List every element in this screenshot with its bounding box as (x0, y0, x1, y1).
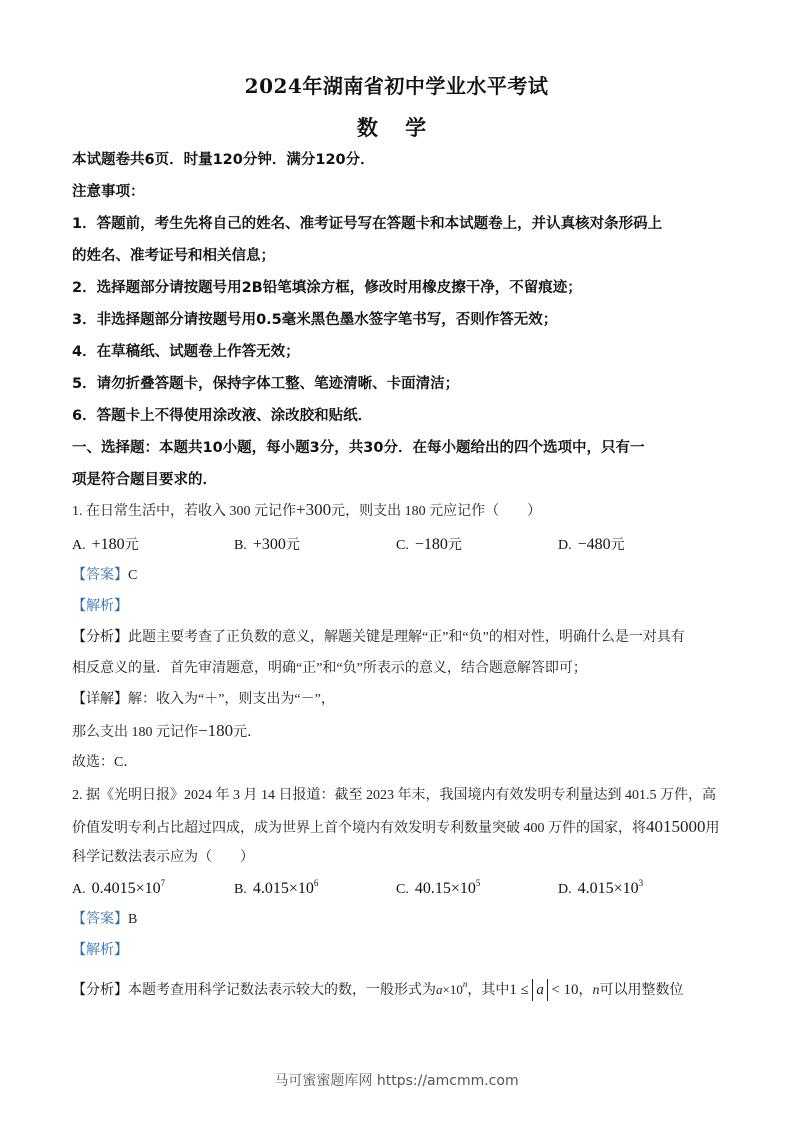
answer-tag: 【答案】 (72, 912, 128, 927)
question-2-stem-end: 科学记数法表示应为（ ） (72, 848, 254, 868)
question-1-detail-cont: 那么支出 180 元记作−180元． (72, 721, 261, 743)
question-2-fenxi: 【分析】本题考查用科学记数法表示较大的数，一般形式为a×10n，其中1 ≤ a … (72, 974, 684, 1001)
notice-item-4: 4．在草稿纸、试题卷上作答无效； (72, 342, 300, 362)
answer-value: C (128, 568, 137, 583)
question-2-analysis-tag: 【解析】 (72, 941, 128, 961)
notice-heading: 注意事项： (72, 182, 145, 202)
question-2-answer: 【答案】B (72, 910, 137, 930)
question-1-option-d: D.−480元 (558, 534, 625, 554)
exam-intro: 本试题卷共6页．时量120分钟．满分120分． (72, 150, 375, 170)
question-1-fenxi-cont: 相反意义的量．首先审清题意，明确“正”和“负”所表示的意义，结合题意解答即可； (72, 659, 587, 679)
answer-value: B (128, 912, 137, 927)
question-1-analysis-tag: 【解析】 (72, 597, 128, 617)
footer-watermark: 马可蜜蜜题库网 https://amcmm.com (0, 1070, 793, 1090)
question-2-option-a: A.0.4015×107 (72, 878, 165, 898)
question-2-stem: 2. 据《光明日报》2024 年 3 月 14 日报道：截至 2023 年末，我… (72, 786, 716, 806)
question-1-option-b: B.+300元 (234, 534, 300, 554)
answer-tag: 【答案】 (72, 568, 128, 583)
section-heading: 一、选择题：本题共10小题，每小题3分，共30分．在每小题给出的四个选项中，只有… (72, 438, 644, 458)
notice-item-3: 3．非选择题部分请按题号用0.5毫米黑色墨水签字笔书写，否则作答无效； (72, 310, 557, 330)
question-2-option-d: D.4.015×103 (558, 878, 643, 898)
question-2-stem-cont: 价值发明专利占比超过四成，成为世界上首个境内有效发明专利数量突破 400 万件的… (72, 817, 720, 839)
notice-item-6: 6．答题卡上不得使用涂改液、涂改胶和贴纸． (72, 406, 372, 426)
question-1-stem: 1. 在日常生活中，若收入 300 元记作+300元，则支出 180 元应记作（… (72, 500, 541, 522)
notice-item-1-cont: 的姓名、准考证号和相关信息； (72, 246, 275, 266)
question-1-fenxi: 【分析】此题主要考查了正负数的意义，解题关键是理解“正”和“负”的相对性，明确什… (72, 628, 685, 648)
question-2-option-c: C.40.15×105 (396, 878, 480, 898)
question-1-detail: 【详解】解：收入为“＋”，则支出为“－”， (72, 690, 335, 710)
subject-title: 数 学 (0, 112, 793, 142)
question-1-option-c: C.−180元 (396, 534, 462, 554)
notice-item-5: 5．请勿折叠答题卡，保持字体工整、笔迹清晰、卡面清洁； (72, 374, 459, 394)
question-1-option-a: A.+180元 (72, 534, 139, 554)
notice-item-1: 1．答题前，考生先将自己的姓名、准考证号写在答题卡和本试题卷上，并认真核对条形码… (72, 214, 662, 234)
question-1-choose: 故选：C． (72, 753, 137, 773)
question-1-answer: 【答案】C (72, 566, 137, 586)
exam-title: 2024年湖南省初中学业水平考试 (0, 70, 793, 99)
section-heading-cont: 项是符合题目要求的． (72, 470, 217, 490)
notice-item-2: 2．选择题部分请按题号用2B铅笔填涂方框，修改时用橡皮擦干净，不留痕迹； (72, 278, 582, 298)
question-2-option-b: B.4.015×106 (234, 878, 318, 898)
math-expression: +300 (296, 500, 331, 519)
exam-page: 2024年湖南省初中学业水平考试 数 学 本试题卷共6页．时量120分钟．满分1… (0, 0, 793, 1122)
